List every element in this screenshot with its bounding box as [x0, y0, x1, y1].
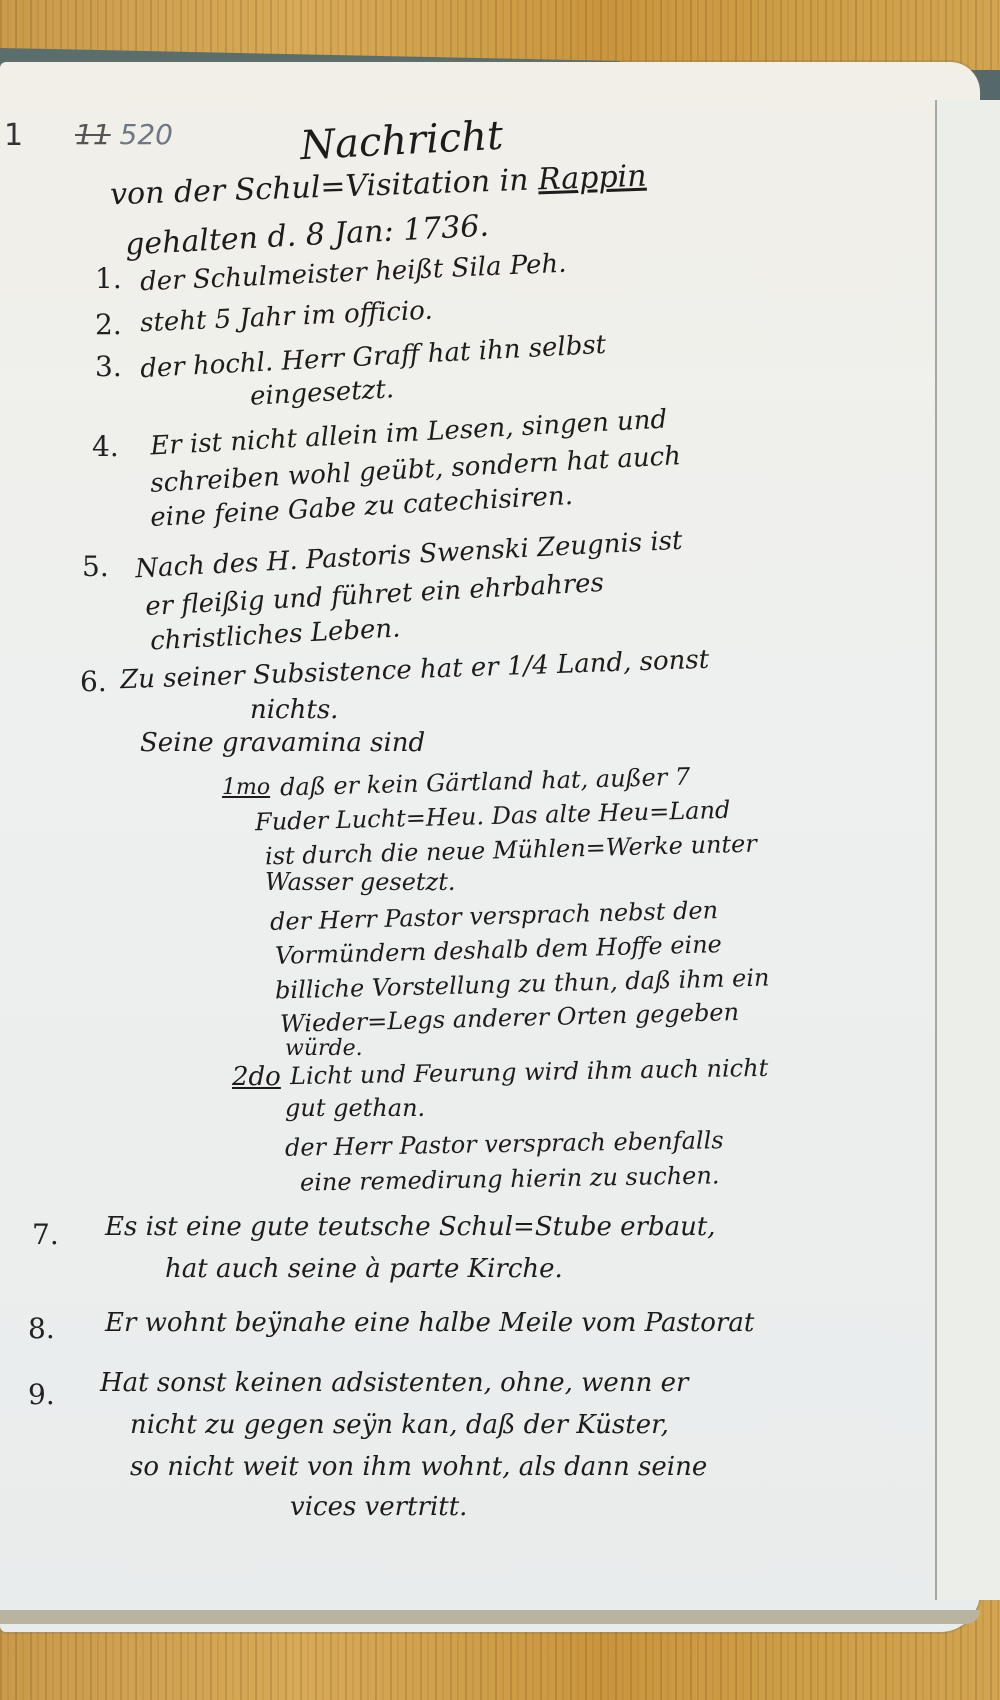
item-line: vices vertritt.	[290, 1492, 467, 1522]
gravamina-line: würde.	[285, 1036, 363, 1061]
item-line: so nicht weit von ihm wohnt, als dann se…	[130, 1452, 707, 1482]
item-number: 4.	[92, 430, 119, 463]
gravamina-intro: Seine gravamina sind	[140, 728, 425, 758]
margin-mark: 1	[4, 118, 23, 153]
item-line: Es ist eine gute teutsche Schul=Stube er…	[105, 1212, 716, 1242]
item-line: nichts.	[250, 695, 338, 725]
next-page-edge	[935, 100, 1000, 1600]
item-line: nicht zu gegen seÿn kan, daß der Küster,	[130, 1410, 669, 1440]
item-number: 9.	[28, 1378, 55, 1411]
item-number: 6.	[80, 665, 107, 698]
item-number: 7.	[32, 1218, 59, 1251]
item-line: Hat sonst keinen adsistenten, ohne, wenn…	[100, 1368, 688, 1398]
item-number: 3.	[95, 350, 122, 383]
gravamina-line: Wasser gesetzt.	[265, 868, 455, 896]
folio-struck: 11	[75, 118, 111, 151]
gravamina-ordinal: 2do	[232, 1062, 281, 1092]
folio-value: 520	[120, 118, 173, 151]
folio-number: 11 520	[75, 118, 173, 151]
gravamina-line: gut gethan.	[285, 1094, 425, 1122]
item-number: 1.	[95, 262, 122, 295]
gravamina-ordinal: 1mo	[222, 775, 270, 800]
item-line: Er wohnt beÿnahe eine halbe Meile vom Pa…	[105, 1308, 754, 1338]
item-number: 8.	[28, 1312, 55, 1345]
item-number: 2.	[95, 308, 122, 341]
page-bottom-edge	[0, 1610, 980, 1624]
item-line: hat auch seine à parte Kirche.	[165, 1254, 563, 1284]
heading-place: Rappin	[537, 159, 647, 198]
item-number: 5.	[82, 550, 109, 583]
